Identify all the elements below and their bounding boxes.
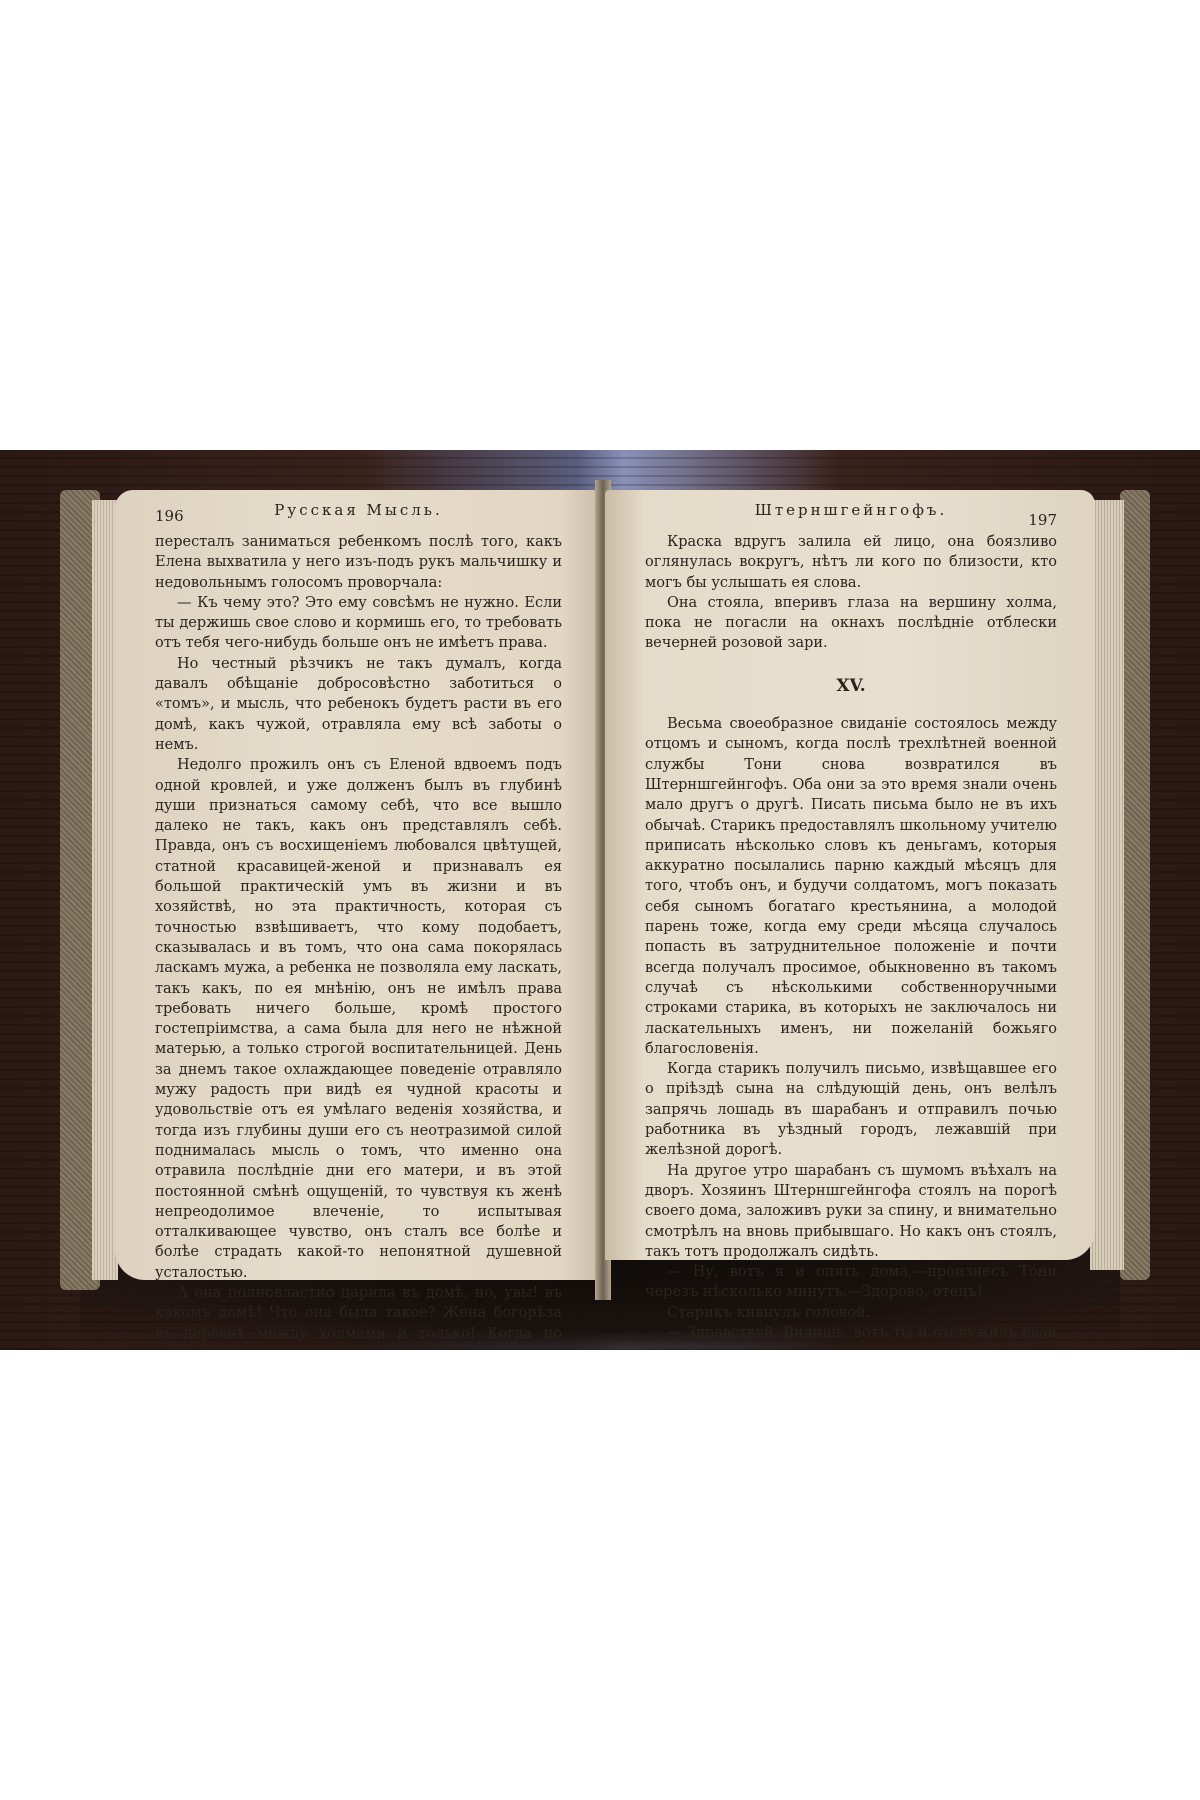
page-number: 197 xyxy=(1028,510,1057,530)
chapter-heading: XV. xyxy=(645,676,1057,696)
running-head: Штерншгейнгофъ. xyxy=(645,500,1057,520)
book-photo: 196 Русская Мысль. пересталъ заниматься … xyxy=(0,450,1200,1350)
running-head: Русская Мысль. xyxy=(155,500,562,520)
right-page-text: Краска вдругъ залила ей лицо, она боязли… xyxy=(645,532,1057,1350)
paragraph: На другое утро шарабанъ съ шумомъ въѣхал… xyxy=(645,1161,1057,1262)
paragraph: Она стояла, вперивъ глаза на вершину хол… xyxy=(645,593,1057,654)
left-page-header: 196 Русская Мысль. xyxy=(155,500,562,530)
paragraph: Когда старикъ получилъ письмо, извѣщавше… xyxy=(645,1059,1057,1160)
text-after-chapter: Весьма своеобразное свиданіе состоялось … xyxy=(645,714,1057,1350)
paragraph: Краска вдругъ залила ей лицо, она боязли… xyxy=(645,532,1057,593)
page-edges-right xyxy=(1090,500,1124,1270)
cloth-cover-right xyxy=(1120,490,1150,1280)
paragraph: Но честный рѣзчикъ не такъ думалъ, когда… xyxy=(155,654,562,755)
left-page-text: пересталъ заниматься ребенкомъ послѣ тог… xyxy=(155,532,562,1350)
text-before-chapter: Краска вдругъ залила ей лицо, она боязли… xyxy=(645,532,1057,654)
right-page: Штерншгейнгофъ. 197 Краска вдругъ залила… xyxy=(605,490,1095,1260)
right-page-header: Штерншгейнгофъ. 197 xyxy=(645,500,1057,530)
paragraph: Весьма своеобразное свиданіе состоялось … xyxy=(645,714,1057,1059)
paragraph: Старикъ кивнулъ головой. xyxy=(645,1303,1057,1323)
paragraph: — Къ чему это? Это ему совсѣмъ не нужно.… xyxy=(155,593,562,654)
paragraph: — Ну, вотъ я и опять дома,—произнесъ Тон… xyxy=(645,1262,1057,1303)
paragraph: А она полновластно царила въ домѣ, но, у… xyxy=(155,1283,562,1350)
paragraph: — Здравствуй. Видишь, вотъ ты и отслужил… xyxy=(645,1323,1057,1350)
paragraph: пересталъ заниматься ребенкомъ послѣ тог… xyxy=(155,532,562,593)
left-page: 196 Русская Мысль. пересталъ заниматься … xyxy=(115,490,600,1280)
paragraph: Недолго прожилъ онъ съ Еленой вдвоемъ по… xyxy=(155,755,562,1283)
